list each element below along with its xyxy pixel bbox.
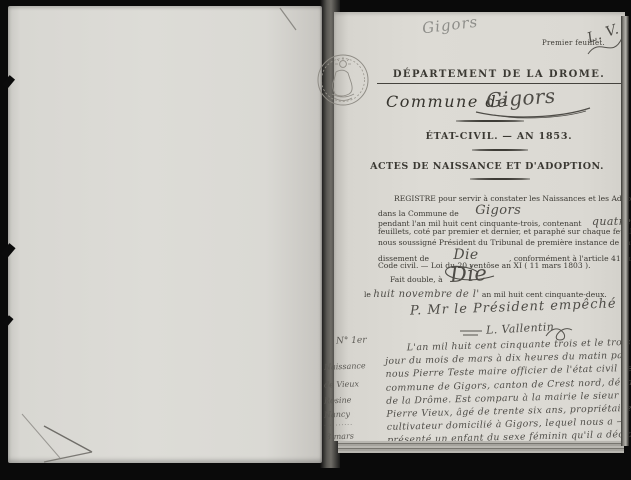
registre-line: REGISTRE pour servir à constater les Nai…	[394, 194, 631, 203]
margin-date: 3 mars	[326, 432, 354, 442]
registre-line: feuillets, coté par premier et dernier, …	[378, 227, 631, 236]
department-heading: DÉPARTEMENT DE LA DROME.	[376, 69, 622, 80]
margin-dotted-rule: ··········	[324, 421, 353, 429]
margin-line: Naissance	[324, 361, 366, 371]
register-title-page: Gigors Premier feuillet. L. V. DÉPARTEME…	[334, 12, 625, 441]
actes-title: ACTES DE NAISSANCE ET D'ADOPTION.	[364, 161, 610, 172]
registre-line: nous soussigné Président du Tribunal de …	[378, 238, 631, 247]
divider-rule	[472, 149, 528, 151]
bottom-page-edges	[338, 441, 624, 453]
fait-double-text: Fait double, à	[390, 275, 443, 284]
seated-figure-seal-icon	[316, 42, 370, 116]
page-crease-marks	[8, 6, 322, 463]
act-body: L'an mil huit cent cinquante trois et le…	[385, 337, 626, 448]
registre-text: REGISTRE pour servir à constater les Nai…	[394, 194, 631, 203]
act-number: N° 1er	[336, 335, 367, 346]
paraph-flourish	[586, 34, 626, 60]
divider-rule	[456, 120, 524, 122]
heading-rule	[377, 83, 621, 84]
right-page-edges	[621, 16, 629, 446]
registre-text: feuillets, coté par premier et dernier, …	[378, 227, 631, 236]
pencil-annotation: Gigors	[421, 13, 479, 38]
etat-civil-heading: ÉTAT-CIVIL. — AN 1853.	[376, 131, 622, 142]
signature-dashes	[460, 328, 486, 338]
divider-rule	[470, 178, 530, 180]
fait-double-line: Fait double, à	[390, 275, 443, 284]
margin-line: Rosine	[324, 396, 352, 406]
blank-left-page	[8, 6, 322, 463]
margin-line: Nancy	[324, 410, 350, 420]
place-flourish	[438, 264, 498, 282]
registre-text: nous soussigné Président du Tribunal de …	[378, 238, 631, 247]
scanned-register-spread: Gigors Premier feuillet. L. V. DÉPARTEME…	[0, 0, 631, 480]
commune-flourish	[474, 104, 594, 120]
fait-double-handwritten-date: huit novembre de l'	[373, 289, 479, 300]
margin-line: de Vieux	[324, 379, 359, 389]
fait-double-text: le	[364, 290, 371, 299]
